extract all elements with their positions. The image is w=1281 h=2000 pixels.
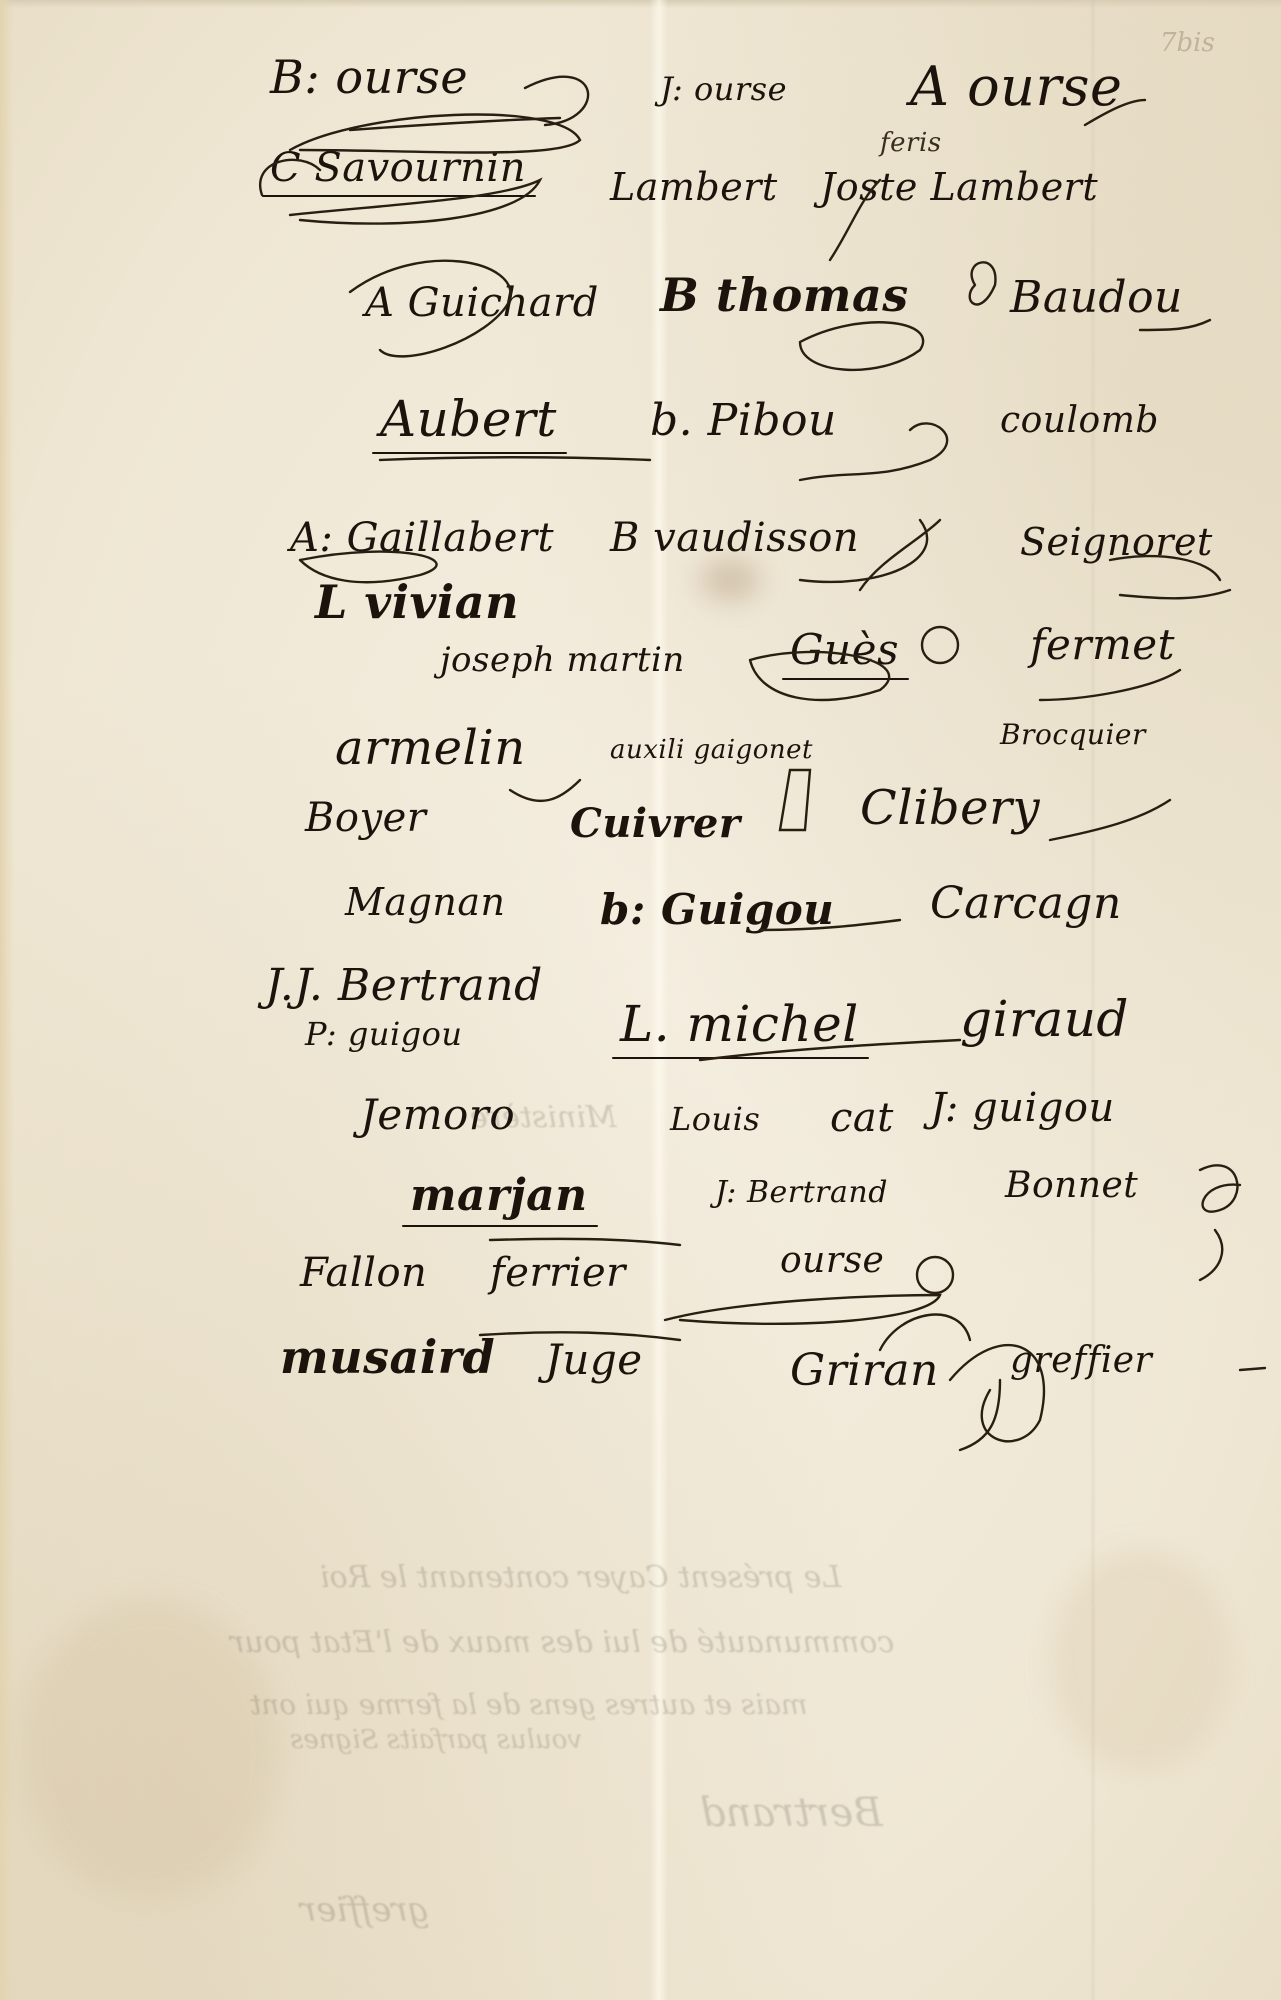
signature: A ourse [910,55,1122,118]
signature: marjan [410,1170,588,1221]
signature: J: guigou [930,1085,1115,1131]
signature: armelin [335,720,526,776]
page-left-edge [0,0,14,2000]
signature: ourse [780,1240,884,1281]
signature: J.J. Bertrand [265,960,543,1011]
signature: Boyer [305,795,426,841]
signature: A Guichard [365,280,599,326]
signature: Brocquier [1000,718,1146,751]
signature: Carcagn [930,878,1122,929]
signature: ferrier [490,1250,626,1296]
show-through-line: Bertrand [700,1790,883,1836]
ink-blot [700,560,760,600]
signature: C Savournin [270,145,526,191]
signature: coulomb [1000,400,1159,441]
signature: Cuivrer [570,800,740,847]
signature: Jemoro [360,1090,515,1139]
show-through-line: greffier [300,1890,429,1930]
signature: Louis [670,1100,760,1138]
signature: L. michel [620,995,859,1053]
signature: Juge [545,1335,643,1384]
signature: B thomas [660,268,909,322]
signature: musaird [280,1330,495,1384]
signature: joseph martin [440,640,685,680]
signature: Clibery [860,780,1040,836]
signature: fermet [1030,620,1175,669]
folio-mark: 7bis [1160,28,1215,58]
signature: A: Gaillabert [290,515,554,561]
signature: Fallon [300,1250,427,1296]
signature: Griran [790,1345,939,1396]
signature: Seignoret [1020,520,1213,564]
signature: Bonnet [1005,1165,1138,1206]
signature: J: Bertrand [715,1175,888,1210]
signature: B vaudisson [610,515,859,561]
signature: Lambert [610,165,778,209]
manuscript-page: 7bis Ministère Le présent Cayer contenan… [0,0,1281,2000]
age-stain [1050,1550,1230,1770]
signature: L vivian [315,575,519,629]
signature: giraud [960,990,1129,1048]
signature: Guès [790,625,899,674]
show-through-line: Le présent Cayer contenant le Roi [320,1560,841,1595]
signature: cat [830,1095,894,1141]
show-through-line: voulus parfaits Signes [290,1725,582,1755]
show-through-line: mais et autres gens de la ferme qui ont [250,1688,807,1721]
signature: J: ourse [660,70,787,108]
signature: greffier [1010,1340,1152,1381]
signature: auxili gaigonet [610,735,813,765]
page-top-edge [0,0,1281,8]
show-through-line: communauté de lui des maux de l'Etat pou… [230,1625,894,1660]
signature: Joste Lambert [820,165,1098,209]
signature: b. Pibou [650,395,837,446]
signature: Magnan [345,880,506,924]
signature: Aubert [380,390,557,448]
signature: B: ourse [270,50,468,104]
signature: Baudou [1010,272,1183,323]
signature: feris [880,128,942,158]
signature: P: guigou [305,1015,463,1053]
signature: b: Guigou [600,885,834,934]
